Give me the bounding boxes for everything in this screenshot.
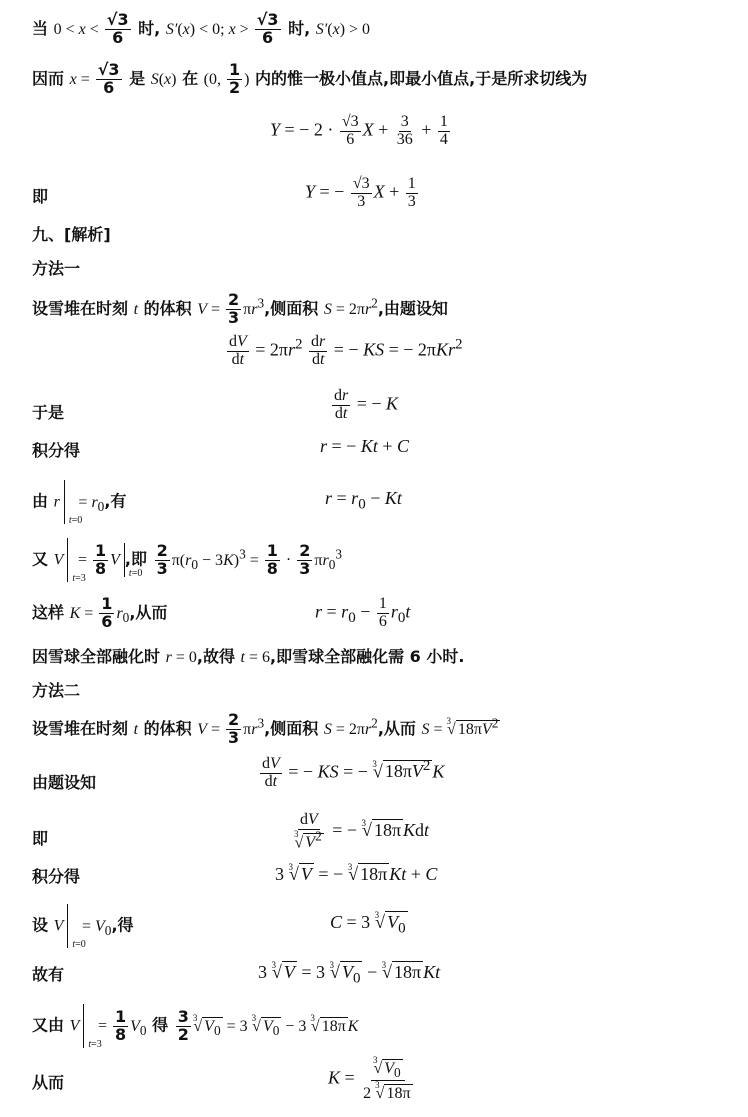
equation-tangent-simplified: Y = − √33X + 13 [305,176,420,211]
text-l7d: ,由题设知 [378,299,448,318]
text-zheyang: 这样 [32,603,64,622]
text-zai: 在 [182,69,198,88]
equation-r-integrated: r = − Kt + C [320,436,409,457]
equation-dvdt: dVdt = 2πr2 drdt = − KS = − 2πKr2 [225,334,463,369]
equation-dvdt-2: dVdt = − KS = − 3√18πV2K [258,756,444,791]
equation-tangent: Y = − 2 · √36X + 336 + 14 [270,114,452,149]
text-congerr: ,从而 [129,603,167,622]
text-l7b: 的体积 [144,299,192,318]
text-de2: 得 [152,1016,168,1035]
equation-k-value: K = 3√V02 3√18π [328,1056,417,1103]
text-dang: 当 [32,19,48,38]
label-congerr: 从而 [32,1070,64,1093]
text-youyou: 又由 [32,1016,64,1035]
text-yiner: 因而 [32,69,64,88]
fraction-sqrt3-over-6: √36 [105,12,131,47]
text-l14b: ,故得 [197,647,235,666]
text-you: 由 [32,492,48,511]
label-youtishezhi: 由题设知 [32,770,96,793]
method-2-heading: 方法二 [32,678,80,701]
equation-integrated-2: 3 3√V = − 3√18πKt + C [275,862,437,885]
text-l14a: 因雪球全部融化时 [32,647,160,666]
text-l14c: ,即雪球全部融化需 6 小时. [270,647,464,666]
text-she: 设 [32,916,48,935]
equation-drdt: drdt = − K [330,388,398,423]
text-ji2: ,即 [125,550,147,569]
text-l16d: ,从而 [378,719,416,738]
equation-v-general: 3 3√V = 3 3√V0 − 3√18πKt [258,960,440,988]
label-ji-2: 即 [32,826,48,849]
text-l7a: 设雪堆在时刻 [32,299,128,318]
text-l16a: 设雪堆在时刻 [32,719,128,738]
label-ji: 即 [32,184,48,207]
label-yushi: 于是 [32,400,64,423]
text-shi2: 是 [129,69,145,88]
text-l2-tail: 内的惟一极小值点,即最小值点,于是所求切线为 [255,69,587,88]
fraction-sqrt3-over-6: √36 [255,12,281,47]
label-jifende: 积分得 [32,438,80,461]
text-you2: ,有 [104,492,126,511]
equation-separated: dV3√V2 = − 3√18πKdt [290,812,429,852]
equation-r-solution: r = r0 − Kt [325,488,402,514]
label-jifende-2: 积分得 [32,864,80,887]
text-de: ,得 [111,916,133,935]
fraction-sqrt3-over-6: √36 [96,62,122,97]
equation-r-final: r = r0 − 16r0t [315,596,410,631]
method-1-heading: 方法一 [32,256,80,279]
equation-c-value: C = 3 3√V0 [330,910,408,938]
section-heading: 九、[解析] [32,222,111,245]
text-shi: 时, [138,19,160,38]
text-you3: 又 [32,550,48,569]
text-l7c: ,侧面积 [264,299,318,318]
text-l16b: 的体积 [144,719,192,738]
label-guyou: 故有 [32,962,64,985]
text-l16c: ,侧面积 [264,719,318,738]
text-shi: 时, [288,19,310,38]
fraction-1-over-2: 12 [227,62,242,97]
